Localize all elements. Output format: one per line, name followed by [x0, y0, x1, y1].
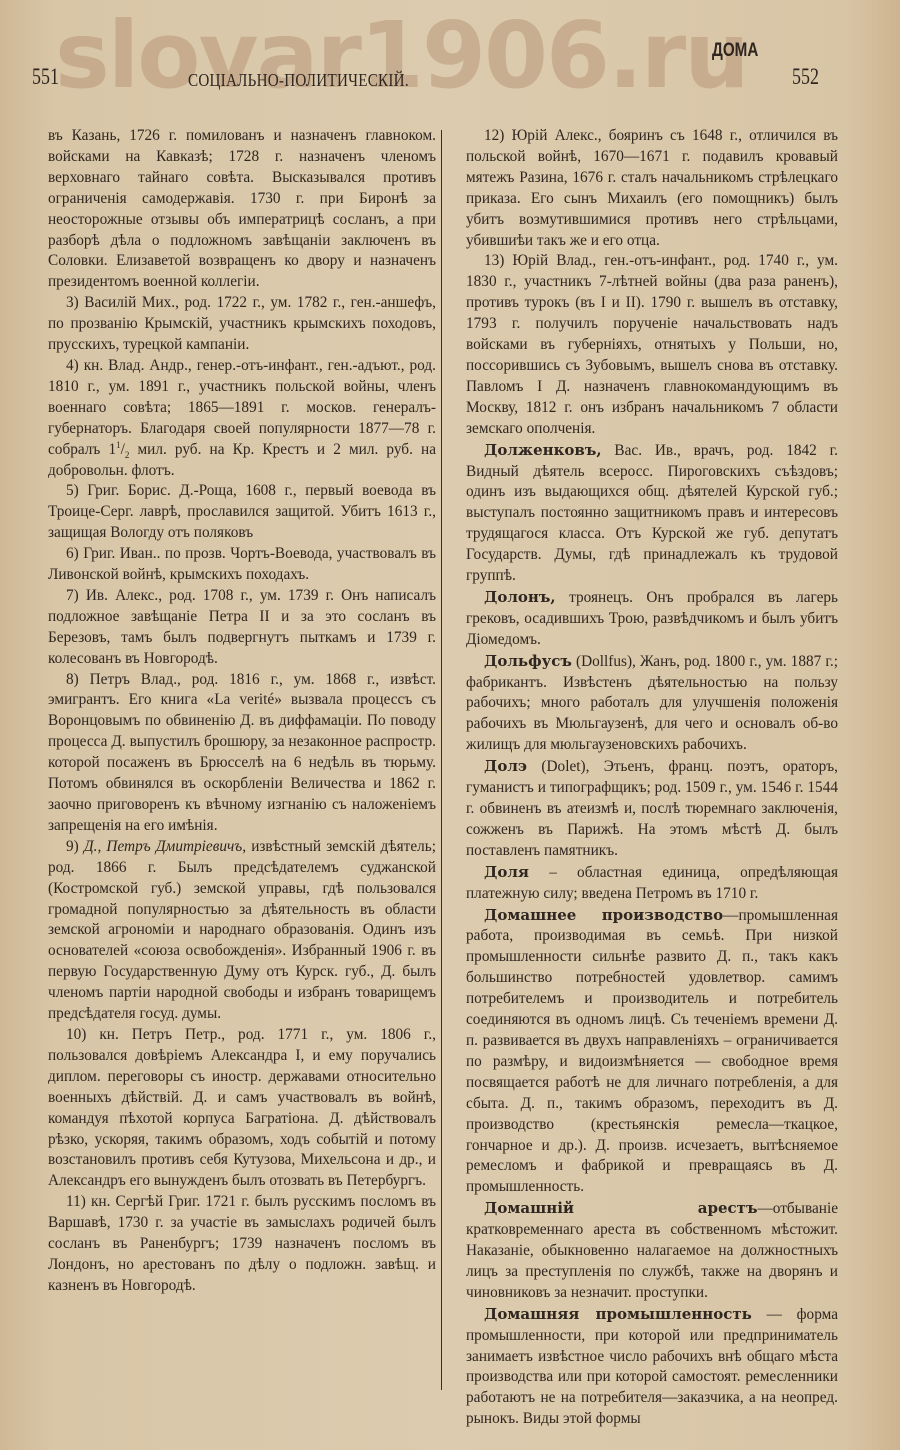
headword: Долонъ,	[484, 588, 556, 606]
entry-4: 4) кн. Влад. Андр., генер.-отъ-инфант., …	[48, 356, 436, 481]
entry-dollfus: Дольфусъ (Dollfus), Жанъ, род. 1800 г., …	[466, 651, 838, 757]
guide-word: ДОМА	[712, 40, 758, 62]
entry-dolet: Долэ (Dolet), Этьенъ, франц. поэтъ, орат…	[466, 756, 838, 862]
entry-domashniy-arest: Домашній арестъ—отбываніе кратковременна…	[466, 1198, 838, 1304]
running-title: СОЦІАЛЬНО-ПОЛИТИЧЕСКІЙ.	[188, 70, 409, 91]
entry-domashnee-proizvodstvo: Домашнее производство—промышленная работ…	[466, 905, 838, 1199]
entry-5: 5) Григ. Борис. Д.-Роща, 1608 г., первый…	[48, 481, 436, 544]
entry-domashnyaya-promyshlennost: Домашняя промышленность — форма промышле…	[466, 1304, 838, 1430]
entry-continuation: въ Казань, 1726 г. помилованъ и назначен…	[48, 126, 436, 293]
entry-dolon: Долонъ, троянецъ. Онъ пробрался въ лагер…	[466, 587, 838, 651]
entry-6: 6) Григ. Иван.. по прозв. Чортъ-Воевода,…	[48, 544, 436, 586]
headword: Долэ	[484, 757, 527, 775]
entry-12: 12) Юрій Алекс., бояринъ съ 1648 г., отл…	[466, 126, 838, 251]
left-column: въ Казань, 1726 г. помилованъ и назначен…	[48, 126, 436, 1297]
entry-3: 3) Василій Мих., род. 1722 г., ум. 1782 …	[48, 293, 436, 356]
entry-10: 10) кн. Петръ Петр., род. 1771 г., ум. 1…	[48, 1025, 436, 1192]
entry-7: 7) Ив. Алекс., род. 1708 г., ум. 1739 г.…	[48, 586, 436, 670]
headword: Домашняя промышленность	[484, 1305, 752, 1323]
entry-9: 9) Д., Петръ Дмитріевичъ, извѣстный земс…	[48, 837, 436, 1025]
headword: Дольфусъ	[484, 652, 572, 670]
headword: Доля	[484, 863, 529, 881]
column-divider	[441, 130, 442, 1390]
entry-13: 13) Юрій Влад., ген.-отъ-инфант., род. 1…	[466, 251, 838, 439]
entry-dolya: Доля – областная единица, опредѣляющая п…	[466, 862, 838, 905]
headword: Домашнее производство	[484, 906, 723, 924]
headword: Долженковъ,	[484, 441, 602, 459]
page-number-left: 551	[32, 64, 59, 90]
page-number-right: 552	[792, 64, 819, 90]
entry-11: 11) кн. Сергѣй Григ. 1721 г. былъ русски…	[48, 1192, 436, 1297]
entry-8: 8) Петръ Влад., род. 1816 г., ум. 1868 г…	[48, 670, 436, 837]
right-column: 12) Юрій Алекс., бояринъ съ 1648 г., отл…	[466, 126, 838, 1430]
entry-dolzhenkov: Долженковъ, Вас. Ив., врачъ, род. 1842 г…	[466, 440, 838, 587]
headword: Домашній арестъ	[484, 1199, 757, 1217]
entry-9-name: Д., Петръ Дмитріевичъ,	[84, 838, 246, 855]
